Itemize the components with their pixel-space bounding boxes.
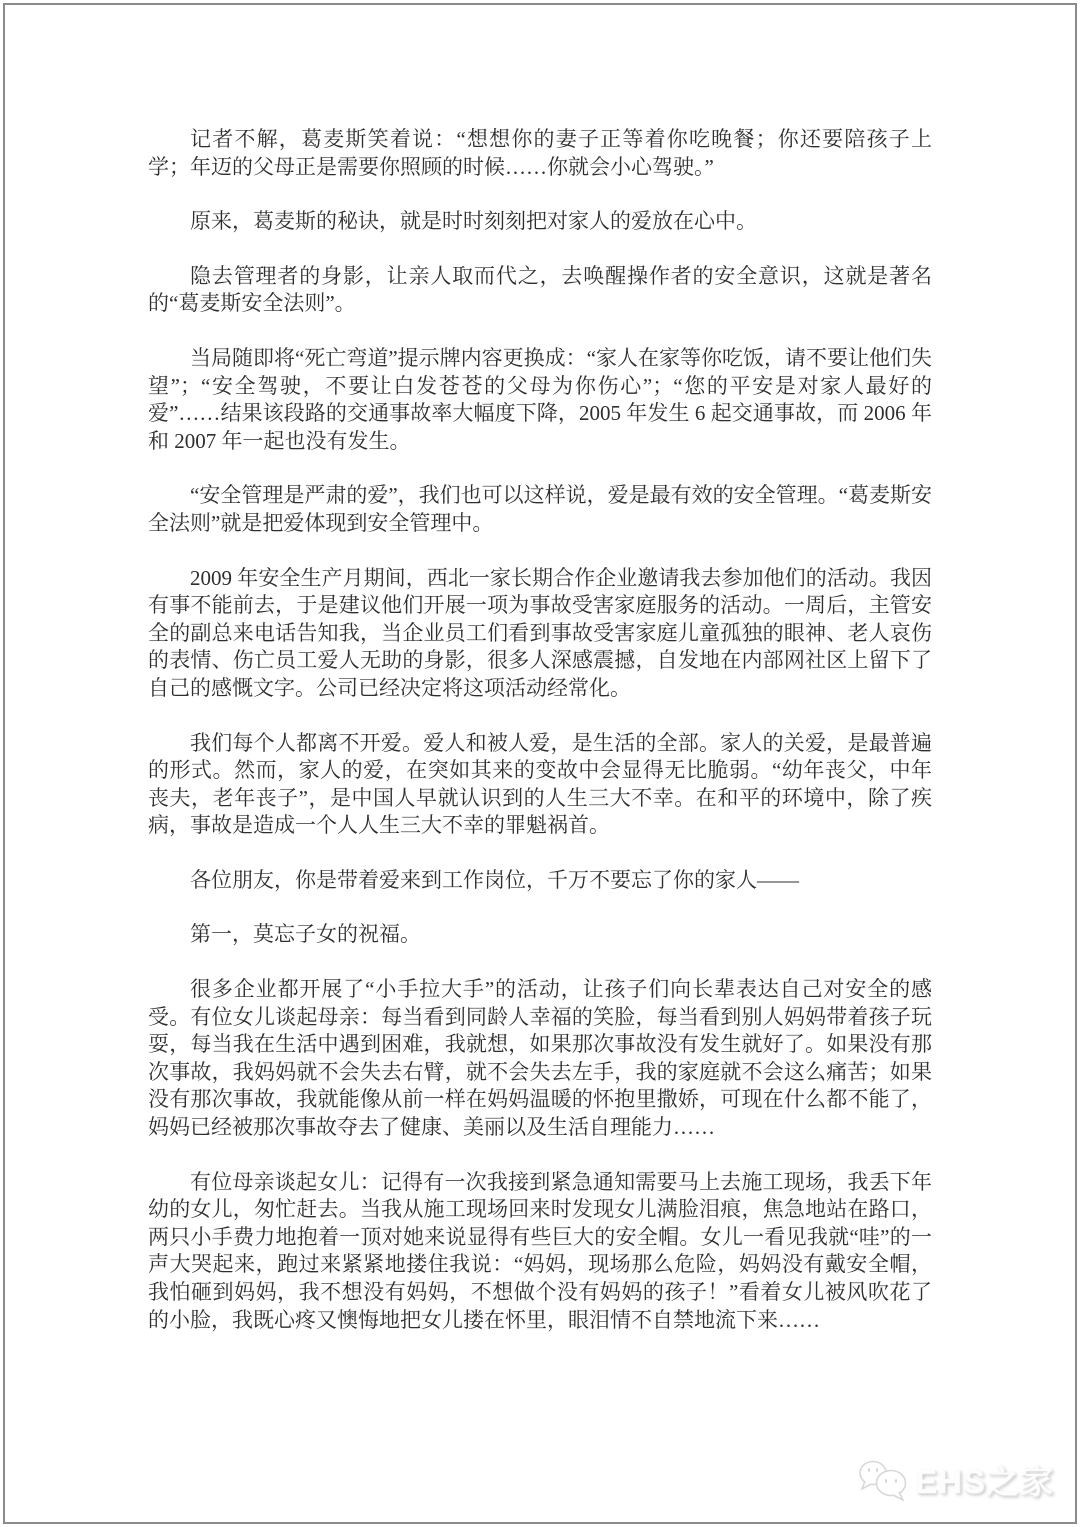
wechat-icon [858,1459,908,1501]
paragraph: 2009 年安全生产月期间，西北一家长期合作企业邀请我去参加他们的活动。我因有事… [148,565,932,703]
paragraph: 记者不解，葛麦斯笑着说：“想想你的妻子正等着你吃晚餐；你还要陪孩子上学；年迈的父… [148,126,932,181]
paragraph: 很多企业都开展了“小手拉大手”的活动，让孩子们向长辈表达自己对安全的感受。有位女… [148,976,932,1142]
watermark-label: EHS之家 [915,1456,1054,1503]
paragraph: 当局随即将“死亡弯道”提示牌内容更换成：“家人在家等你吃饭，请不要让他们失望”；… [148,345,932,455]
paragraph: 隐去管理者的身影，让亲人取而代之，去唤醒操作者的安全意识，这就是著名的“葛麦斯安… [148,263,932,318]
document-body: 记者不解，葛麦斯笑着说：“想想你的妻子正等着你吃晚餐；你还要陪孩子上学；年迈的父… [148,126,932,1361]
paragraph: 各位朋友，你是带着爱来到工作岗位，千万不要忘了你的家人—— [148,867,932,895]
paragraph: 我们每个人都离不开爱。爱人和被人爱，是生活的全部。家人的关爱，是最普遍的形式。然… [148,730,932,840]
paragraph: 第一，莫忘子女的祝福。 [148,921,932,949]
paragraph: “安全管理是严肃的爱”，我们也可以这样说，爱是最有效的安全管理。“葛麦斯安全法则… [148,482,932,537]
paragraph: 有位母亲谈起女儿：记得有一次我接到紧急通知需要马上去施工现场，我丢下年幼的女儿，… [148,1169,932,1335]
watermark: EHS之家 [858,1456,1054,1503]
paragraph: 原来，葛麦斯的秘诀，就是时时刻刻把对家人的爱放在心中。 [148,208,932,236]
